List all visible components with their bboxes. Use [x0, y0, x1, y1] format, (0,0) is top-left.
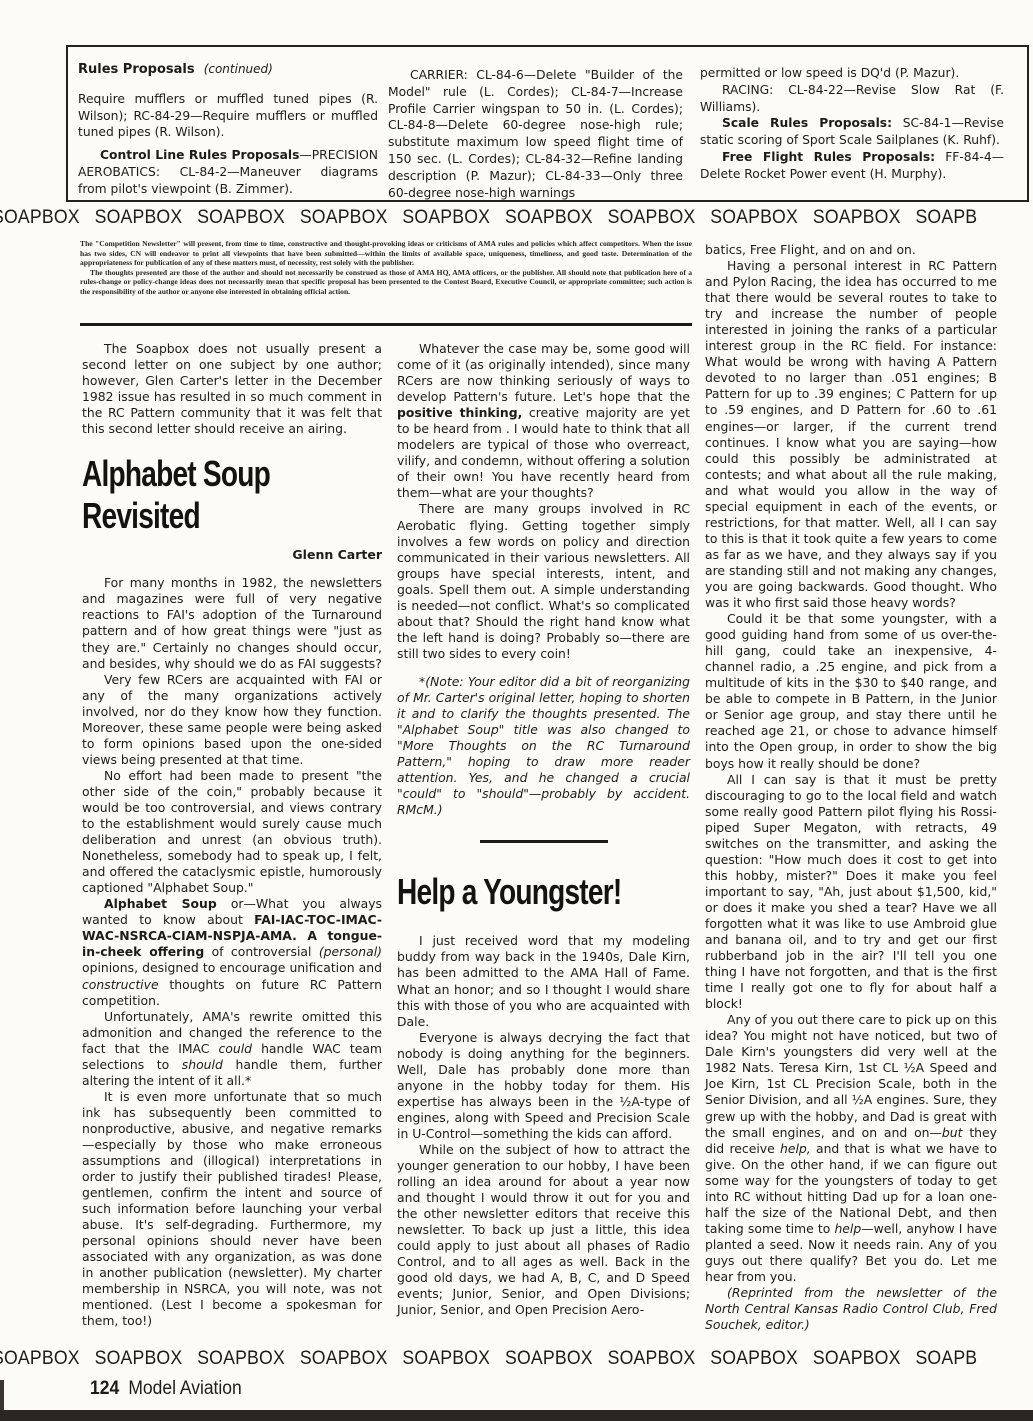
banner-word: SOAPBOX [402, 207, 490, 228]
rules-text: Control Line Rules Proposals—PRECISION A… [78, 147, 378, 197]
headline-line: Revisited [82, 495, 316, 537]
rules-box-column-3: permitted or low speed is DQ'd (P. Mazur… [700, 65, 1004, 183]
banner-word: SOAPBOX [300, 207, 388, 228]
banner-word: SOAPBOX [710, 1348, 798, 1369]
magazine-page: Rules Proposals (continued) Require muff… [0, 0, 1033, 1410]
banner-word: SOAPBOX [197, 1348, 285, 1369]
body-paragraph: Any of you out there care to pick up on … [705, 1012, 997, 1285]
column-3: batics, Free Flight, and on and on. Havi… [705, 242, 997, 1333]
banner-word: SOAPBOX [915, 207, 977, 228]
disclaimer-paragraph: The "Competition Newsletter" will presen… [80, 239, 692, 268]
banner-word: SOAPBOX [505, 207, 593, 228]
rules-text: Scale Rules Proposals: SC-84-1—Revise st… [700, 115, 1004, 149]
article-title-alphabet-soup: Alphabet Soup Revisited [82, 453, 382, 537]
banner-word: SOAPBOX [915, 1348, 977, 1369]
banner-word: SOAPBOX [402, 1348, 490, 1369]
page-footer: 124Model Aviation [90, 1378, 242, 1400]
banner-word: SOAPBOX [813, 207, 901, 228]
column-2: Whatever the case may be, some good will… [397, 341, 690, 1318]
body-paragraph: Having a personal interest in RC Pattern… [705, 258, 997, 611]
body-paragraph: There are many groups involved in RC Aer… [397, 501, 690, 661]
rules-proposals-box: Rules Proposals (continued) Require muff… [66, 45, 1029, 202]
body-paragraph: It is even more unfortunate that so much… [82, 1089, 382, 1330]
banner-word: SOAPBOX [710, 207, 798, 228]
banner-word: SOAPBOX [505, 1348, 593, 1369]
rules-text: CARRIER: CL-84-6—Delete "Builder of the … [388, 67, 683, 201]
rules-box-column-2: CARRIER: CL-84-6—Delete "Builder of the … [388, 67, 683, 201]
body-paragraph: For many months in 1982, the newsletters… [82, 575, 382, 671]
body-paragraph: Unfortunately, AMA's rewrite omitted thi… [82, 1009, 382, 1089]
article-separator-rule [480, 840, 608, 843]
body-paragraph: No effort had been made to present "the … [82, 768, 382, 896]
article-title-help-a-youngster: Help a Youngster! [397, 871, 626, 913]
rules-text: permitted or low speed is DQ'd (P. Mazur… [700, 65, 1004, 82]
soapbox-banner-bottom: SOAPBOXSOAPBOXSOAPBOXSOAPBOXSOAPBOXSOAPB… [0, 1348, 978, 1370]
byline: Glenn Carter [82, 547, 382, 563]
banner-word: SOAPBOX [813, 1348, 901, 1369]
banner-word: SOAPBOX [300, 1348, 388, 1369]
banner-word: SOAPBOX [608, 207, 696, 228]
editorial-disclaimer: The "Competition Newsletter" will presen… [80, 239, 692, 297]
body-paragraph: While on the subject of how to attract t… [397, 1142, 690, 1319]
intro-paragraph: The Soapbox does not usually present a s… [82, 341, 382, 437]
page-number: 124 [90, 1378, 119, 1399]
rules-box-heading: Rules Proposals (continued) [78, 61, 378, 79]
rules-text: Free Flight Rules Proposals: FF-84-4—Del… [700, 149, 1004, 183]
headline-line: Alphabet Soup [82, 453, 316, 495]
body-paragraph: batics, Free Flight, and on and on. [705, 242, 997, 258]
body-paragraph: Alphabet Soup or—What you always wanted … [82, 896, 382, 1008]
reprint-credit: (Reprinted from the newsletter of the No… [705, 1285, 997, 1333]
banner-word: SOAPBOX [0, 207, 80, 228]
banner-word: SOAPBOX [95, 207, 183, 228]
page-edge-shadow [0, 1380, 4, 1410]
page-edge-shadow [0, 1410, 1033, 1421]
body-paragraph: Everyone is always decrying the fact tha… [397, 1030, 690, 1142]
disclaimer-paragraph: The thoughts presented are those of the … [80, 268, 692, 297]
banner-word: SOAPBOX [95, 1348, 183, 1369]
banner-word: SOAPBOX [197, 207, 285, 228]
rules-text: Require mufflers or muffled tuned pipes … [78, 91, 378, 141]
rules-text: RACING: CL-84-22—Revise Slow Rat (F. Wil… [700, 82, 1004, 116]
column-1: The Soapbox does not usually present a s… [82, 341, 382, 1330]
rules-box-column-1: Rules Proposals (continued) Require muff… [78, 61, 378, 198]
body-paragraph: Very few RCers are acquainted with FAI o… [82, 672, 382, 768]
body-paragraph: Could it be that some youngster, with a … [705, 611, 997, 771]
soapbox-banner-top: SOAPBOXSOAPBOXSOAPBOXSOAPBOXSOAPBOXSOAPB… [0, 207, 978, 229]
body-paragraph: Whatever the case may be, some good will… [397, 341, 690, 501]
banner-word: SOAPBOX [0, 1348, 80, 1369]
disclaimer-divider [80, 323, 692, 326]
banner-word: SOAPBOX [608, 1348, 696, 1369]
body-paragraph: I just received word that my modeling bu… [397, 933, 690, 1029]
body-paragraph: All I can say is that it must be pretty … [705, 772, 997, 1013]
editor-note: *(Note: Your editor did a bit of reorgan… [397, 674, 690, 818]
publication-name: Model Aviation [128, 1378, 241, 1399]
